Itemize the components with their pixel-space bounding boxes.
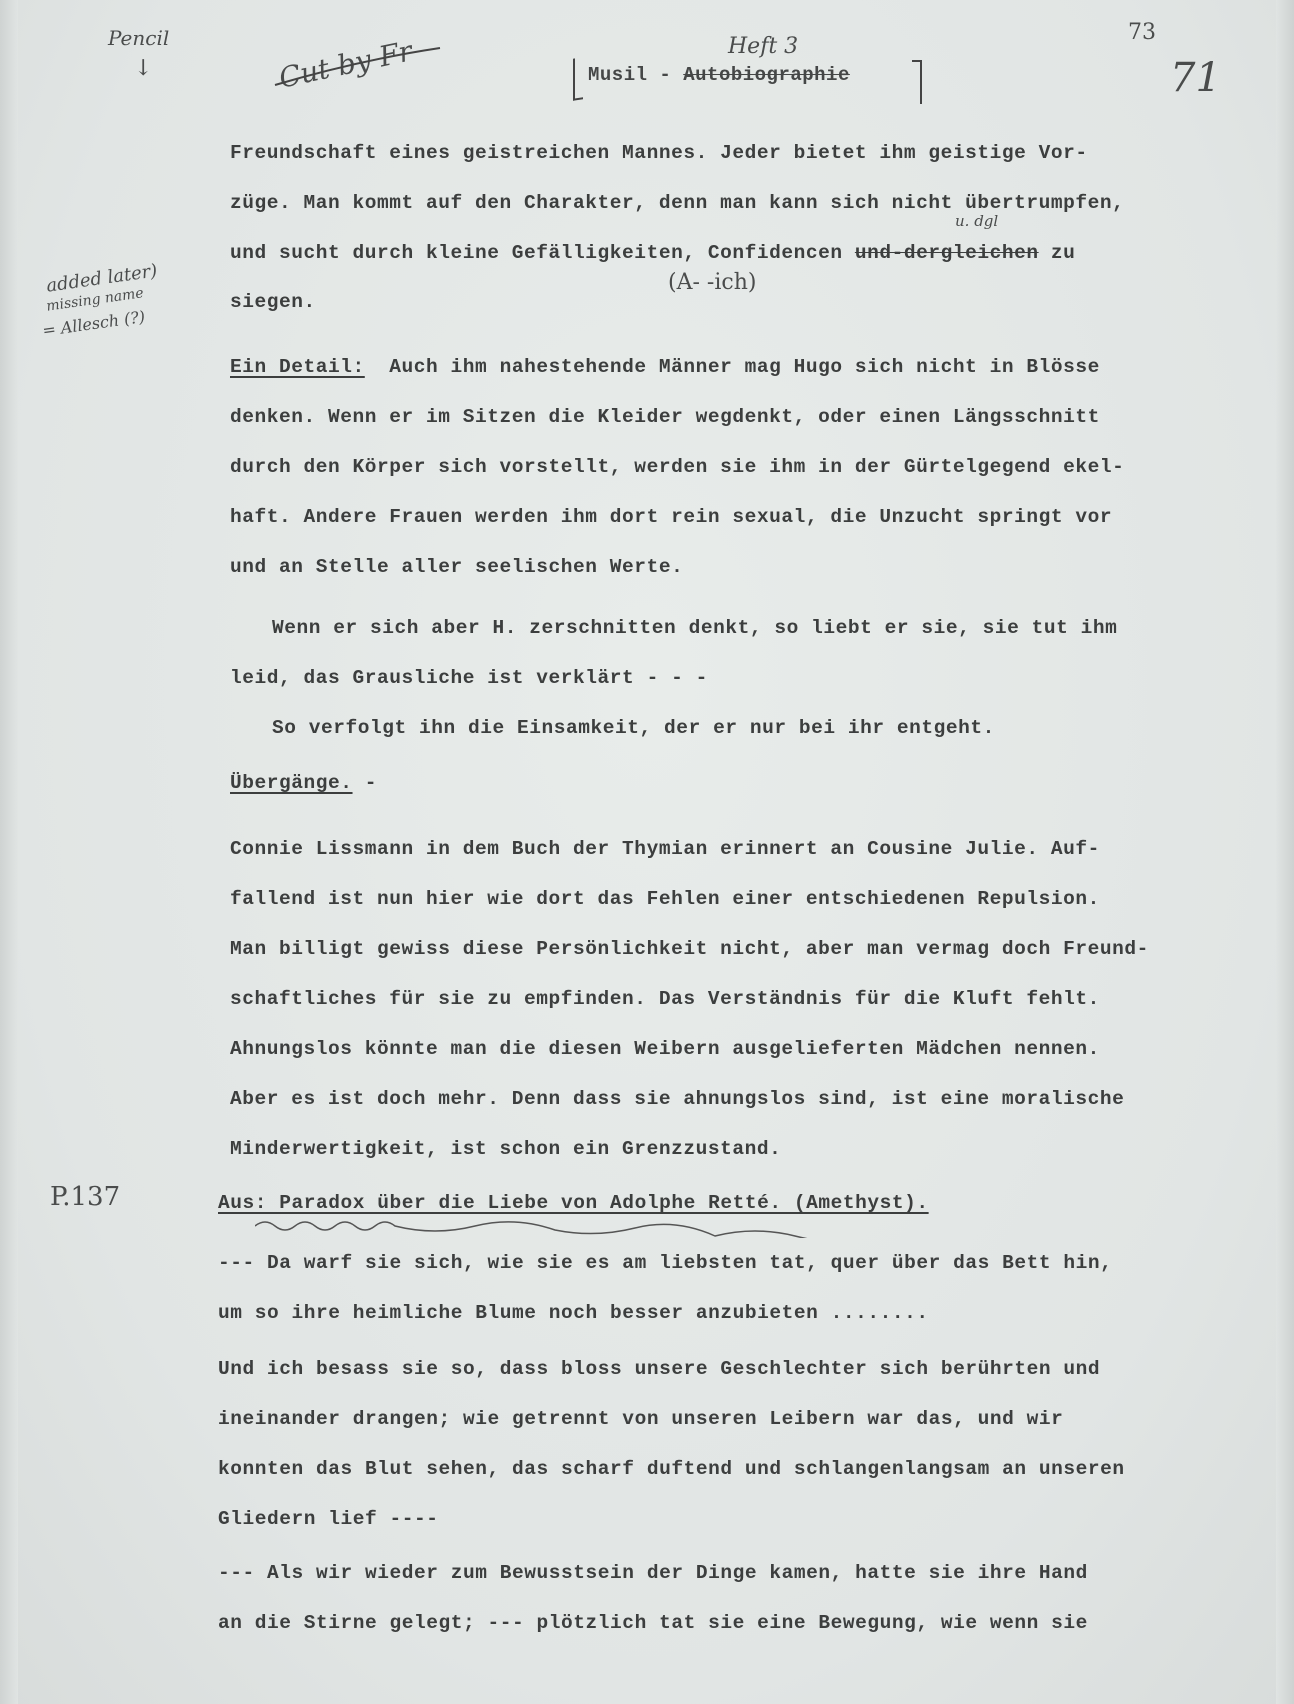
handwritten-wavy-underline xyxy=(255,1218,1015,1238)
text-line: und an Stelle aller seelischen Werte. xyxy=(230,556,683,578)
text-line: leid, das Grausliche ist verklärt - - - xyxy=(230,667,708,689)
text-line-start: und sucht durch kleine Gefälligkeiten, C… xyxy=(230,242,855,264)
text-line: --- Da warf sie sich, wie sie es am lieb… xyxy=(218,1252,1112,1274)
text-line-end: zu xyxy=(1039,242,1076,264)
interlinear-u-dgl: u. dgl xyxy=(955,212,998,230)
text-line: Freundschaft eines geistreichen Mannes. … xyxy=(230,142,1088,164)
text-line: fallend ist nun hier wie dort das Fehlen… xyxy=(230,888,1100,910)
text-line: Minderwertigkeit, ist schon ein Grenzzus… xyxy=(230,1138,781,1160)
header-prefix: Musil - xyxy=(588,64,671,86)
text-line: und sucht durch kleine Gefälligkeiten, C… xyxy=(230,242,1075,264)
scan-edge-right xyxy=(1276,0,1294,1704)
text-line: Man billigt gewiss diese Persönlichkeit … xyxy=(230,938,1149,960)
text-line: schaftliches für sie zu empfinden. Das V… xyxy=(230,988,1100,1010)
margin-note-pencil: Pencil xyxy=(108,26,169,50)
text-line: ineinander drangen; wie getrennt von uns… xyxy=(218,1408,1063,1430)
text-line-rest: Auch ihm nahestehende Männer mag Hugo si… xyxy=(389,356,1100,378)
text-line: --- Als wir wieder zum Bewusstsein der D… xyxy=(218,1562,1088,1584)
text-line: züge. Man kommt auf den Charakter, denn … xyxy=(230,192,1124,214)
text-line: Gliedern lief ---- xyxy=(218,1508,439,1530)
text-line: So verfolgt ihn die Einsamkeit, der er n… xyxy=(272,717,995,739)
text-line: Übergänge. - xyxy=(230,772,377,794)
text-line: um so ihre heimliche Blume noch besser a… xyxy=(218,1302,929,1324)
text-line: konnten das Blut sehen, das scharf dufte… xyxy=(218,1458,1125,1480)
inserted-heft-3: Heft 3 xyxy=(728,34,798,59)
text-line: an die Stirne gelegt; --- plötzlich tat … xyxy=(218,1612,1088,1634)
section-label-uebergaenge: Übergänge. xyxy=(230,772,353,794)
interlinear-name-bracket: (A- -ich) xyxy=(668,270,756,295)
margin-note-page-ref: P.137 xyxy=(50,1182,120,1212)
section-label-detail: Ein Detail: xyxy=(230,356,365,378)
document-header: Musil - Autobiographie xyxy=(588,64,850,86)
struck-text: und-dergleichen xyxy=(855,242,1039,264)
text-line: denken. Wenn er im Sitzen die Kleider we… xyxy=(230,406,1100,428)
text-line: durch den Körper sich vorstellt, werden … xyxy=(230,456,1124,478)
text-line: siegen. xyxy=(230,291,316,313)
handwritten-underline-stroke xyxy=(270,40,450,90)
bracket-left xyxy=(573,57,583,100)
text-line: haft. Andere Frauen werden ihm dort rein… xyxy=(230,506,1112,528)
document-page: Pencil ↓ Cut by Fr 73 71 Heft 3 Musil - … xyxy=(0,0,1294,1704)
page-number-main: 71 xyxy=(1170,55,1221,101)
trailing-mark: - xyxy=(353,772,378,794)
text-line: Und ich besass sie so, dass bloss unsere… xyxy=(218,1358,1100,1380)
text-line: Wenn er sich aber H. zerschnitten denkt,… xyxy=(272,617,1117,639)
text-line: Connie Lissmann in dem Buch der Thymian … xyxy=(230,838,1100,860)
header-struck-word: Autobiographie xyxy=(683,64,850,86)
text-line: Ahnungslos könnte man die diesen Weibern… xyxy=(230,1038,1100,1060)
text-line: Aber es ist doch mehr. Denn dass sie ahn… xyxy=(230,1088,1124,1110)
arrow-down-icon: ↓ xyxy=(134,56,152,81)
page-number-top: 73 xyxy=(1128,20,1156,45)
bracket-right xyxy=(912,60,922,104)
text-line: Ein Detail: Auch ihm nahestehende Männer… xyxy=(230,356,1100,378)
citation-heading: Aus: Paradox über die Liebe von Adolphe … xyxy=(218,1192,929,1214)
scan-edge-left xyxy=(0,0,18,1704)
